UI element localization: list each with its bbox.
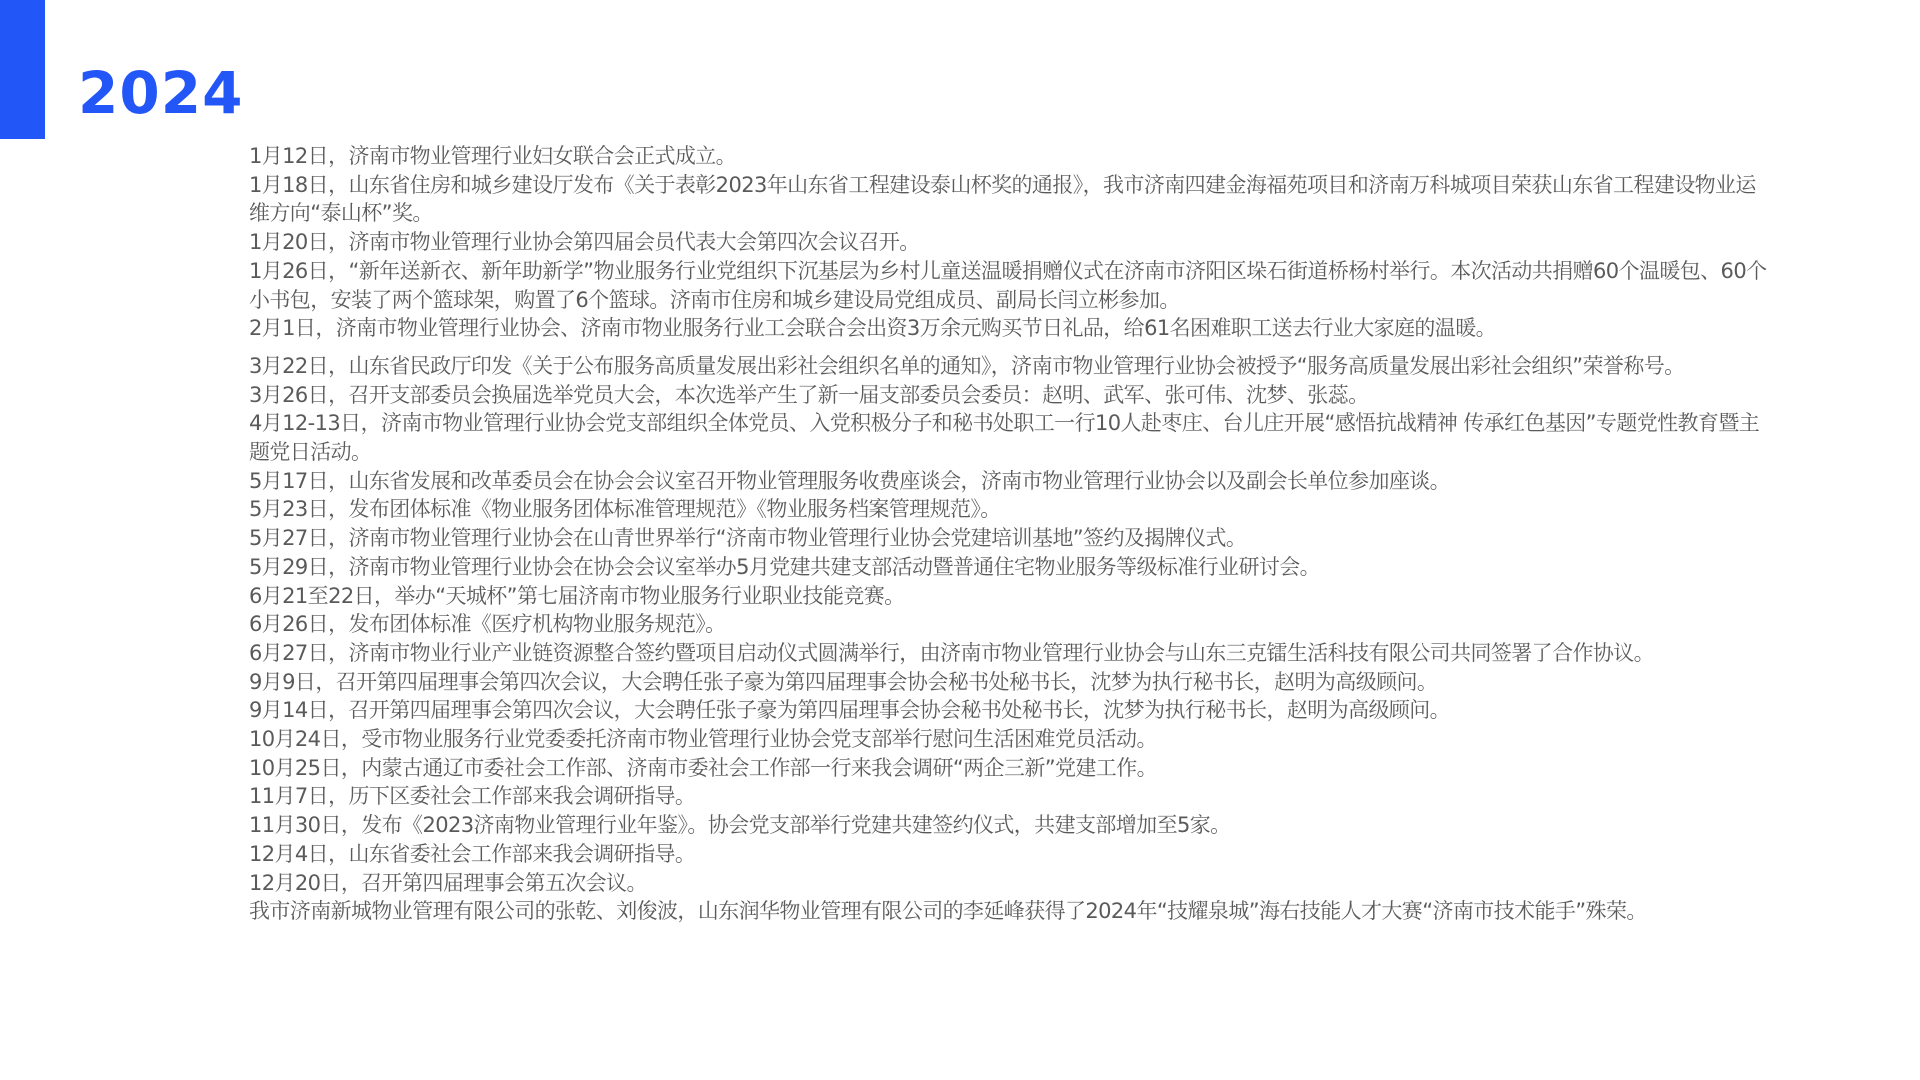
event-item: 10月25日，内蒙古通辽市委社会工作部、济南市委社会工作部一行来我会调研“两企三… xyxy=(249,754,1769,783)
event-item: 10月24日，受市物业服务行业党委委托济南市物业管理行业协会党支部举行慰问生活困… xyxy=(249,725,1769,754)
event-item: 5月17日，山东省发展和改革委员会在协会会议室召开物业管理服务收费座谈会，济南市… xyxy=(249,467,1769,496)
event-item: 5月29日，济南市物业管理行业协会在协会会议室举办5月党建共建支部活动暨普通住宅… xyxy=(249,553,1769,582)
event-item: 6月21至22日，举办“天城杯”第七届济南市物业服务行业职业技能竞赛。 xyxy=(249,582,1769,611)
event-item: 11月7日，历下区委社会工作部来我会调研指导。 xyxy=(249,782,1769,811)
event-item: 6月26日，发布团体标准《医疗机构物业服务规范》。 xyxy=(249,610,1769,639)
event-item: 4月12-13日，济南市物业管理行业协会党支部组织全体党员、入党积极分子和秘书处… xyxy=(249,409,1769,466)
event-item: 11月30日，发布《2023济南物业管理行业年鉴》。协会党支部举行党建共建签约仪… xyxy=(249,811,1769,840)
event-item: 5月27日，济南市物业管理行业协会在山青世界举行“济南市物业管理行业协会党建培训… xyxy=(249,524,1769,553)
event-item: 9月14日，召开第四届理事会第四次会议，大会聘任张子豪为第四届理事会协会秘书处秘… xyxy=(249,696,1769,725)
event-item: 9月9日，召开第四届理事会第四次会议，大会聘任张子豪为第四届理事会协会秘书处秘书… xyxy=(249,668,1769,697)
event-item: 1月18日，山东省住房和城乡建设厅发布《关于表彰2023年山东省工程建设泰山杯奖… xyxy=(249,171,1769,228)
accent-bar xyxy=(0,0,45,139)
event-item: 3月26日，召开支部委员会换届选举党员大会，本次选举产生了新一届支部委员会委员：… xyxy=(249,381,1769,410)
event-item: 12月4日，山东省委社会工作部来我会调研指导。 xyxy=(249,840,1769,869)
event-item: 1月26日，“新年送新衣、新年助新学”物业服务行业党组织下沉基层为乡村儿童送温暖… xyxy=(249,257,1769,314)
event-list: 1月12日，济南市物业管理行业妇女联合会正式成立。 1月18日，山东省住房和城乡… xyxy=(249,142,1769,926)
event-item: 3月22日，山东省民政厅印发《关于公布服务高质量发展出彩社会组织名单的通知》，济… xyxy=(249,352,1769,381)
event-item: 6月27日，济南市物业行业产业链资源整合签约暨项目启动仪式圆满举行，由济南市物业… xyxy=(249,639,1769,668)
event-item: 1月20日，济南市物业管理行业协会第四届会员代表大会第四次会议召开。 xyxy=(249,228,1769,257)
event-item: 我市济南新城物业管理有限公司的张乾、刘俊波，山东润华物业管理有限公司的李延峰获得… xyxy=(249,897,1769,926)
event-item: 12月20日，召开第四届理事会第五次会议。 xyxy=(249,869,1769,898)
event-item: 2月1日，济南市物业管理行业协会、济南市物业服务行业工会联合会出资3万余元购买节… xyxy=(249,314,1769,343)
event-item: 5月23日，发布团体标准《物业服务团体标准管理规范》《物业服务档案管理规范》。 xyxy=(249,495,1769,524)
event-item: 1月12日，济南市物业管理行业妇女联合会正式成立。 xyxy=(249,142,1769,171)
year-title: 2024 xyxy=(78,58,243,128)
